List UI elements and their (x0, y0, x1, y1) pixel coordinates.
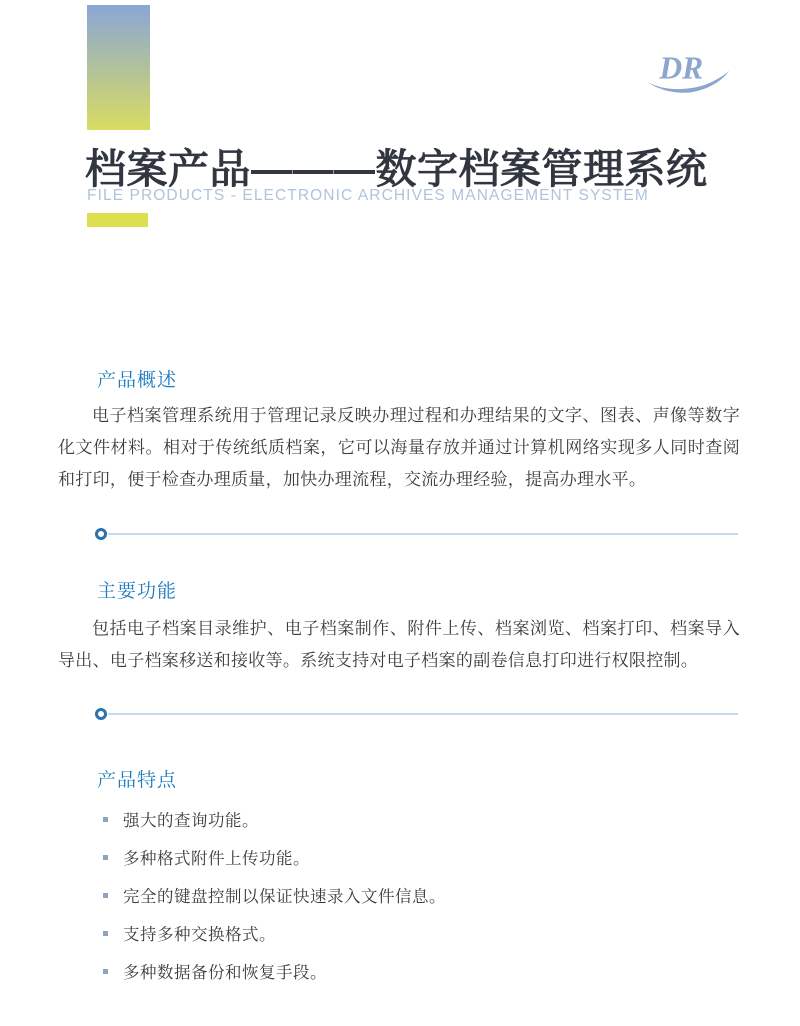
bullet-square-icon (103, 817, 108, 822)
feature-text: 强大的查询功能。 (123, 807, 259, 831)
feature-item: 完全的键盘控制以保证快速录入文件信息。 (103, 876, 723, 914)
feature-text: 多种格式附件上传功能。 (123, 845, 310, 869)
bullet-square-icon (103, 855, 108, 860)
feature-text: 多种数据备份和恢复手段。 (123, 959, 327, 983)
section-divider (95, 708, 740, 720)
feature-item: 多种格式附件上传功能。 (103, 838, 723, 876)
section-divider (95, 528, 740, 540)
functions-paragraph: 包括电子档案目录维护、电子档案制作、附件上传、档案浏览、档案打印、档案导入导出、… (58, 613, 740, 677)
features-list: 强大的查询功能。 多种格式附件上传功能。 完全的键盘控制以保证快速录入文件信息。… (103, 800, 723, 990)
divider-ring-icon (95, 708, 107, 720)
bullet-square-icon (103, 893, 108, 898)
section-heading-overview: 产品概述 (97, 365, 177, 392)
bullet-square-icon (103, 931, 108, 936)
divider-line (108, 533, 738, 535)
feature-item: 强大的查询功能。 (103, 800, 723, 838)
divider-ring-icon (95, 528, 107, 540)
section-heading-features: 产品特点 (97, 765, 177, 792)
header-gradient-bar (87, 5, 150, 130)
dr-logo: DR (645, 46, 731, 96)
dr-logo-icon: DR (645, 46, 731, 96)
feature-item: 支持多种交换格式。 (103, 914, 723, 952)
feature-text: 完全的键盘控制以保证快速录入文件信息。 (123, 883, 446, 907)
overview-paragraph: 电子档案管理系统用于管理记录反映办理过程和办理结果的文字、图表、声像等数字化文件… (58, 400, 740, 496)
section-heading-functions: 主要功能 (97, 576, 177, 603)
divider-line (108, 713, 738, 715)
bullet-square-icon (103, 969, 108, 974)
page-subtitle: FILE PRODUCTS - ELECTRONIC ARCHIVES MANA… (87, 187, 787, 205)
dr-logo-letters: DR (658, 51, 703, 86)
title-underline-accent (87, 213, 148, 227)
feature-item: 多种数据备份和恢复手段。 (103, 952, 723, 990)
feature-text: 支持多种交换格式。 (123, 921, 276, 945)
